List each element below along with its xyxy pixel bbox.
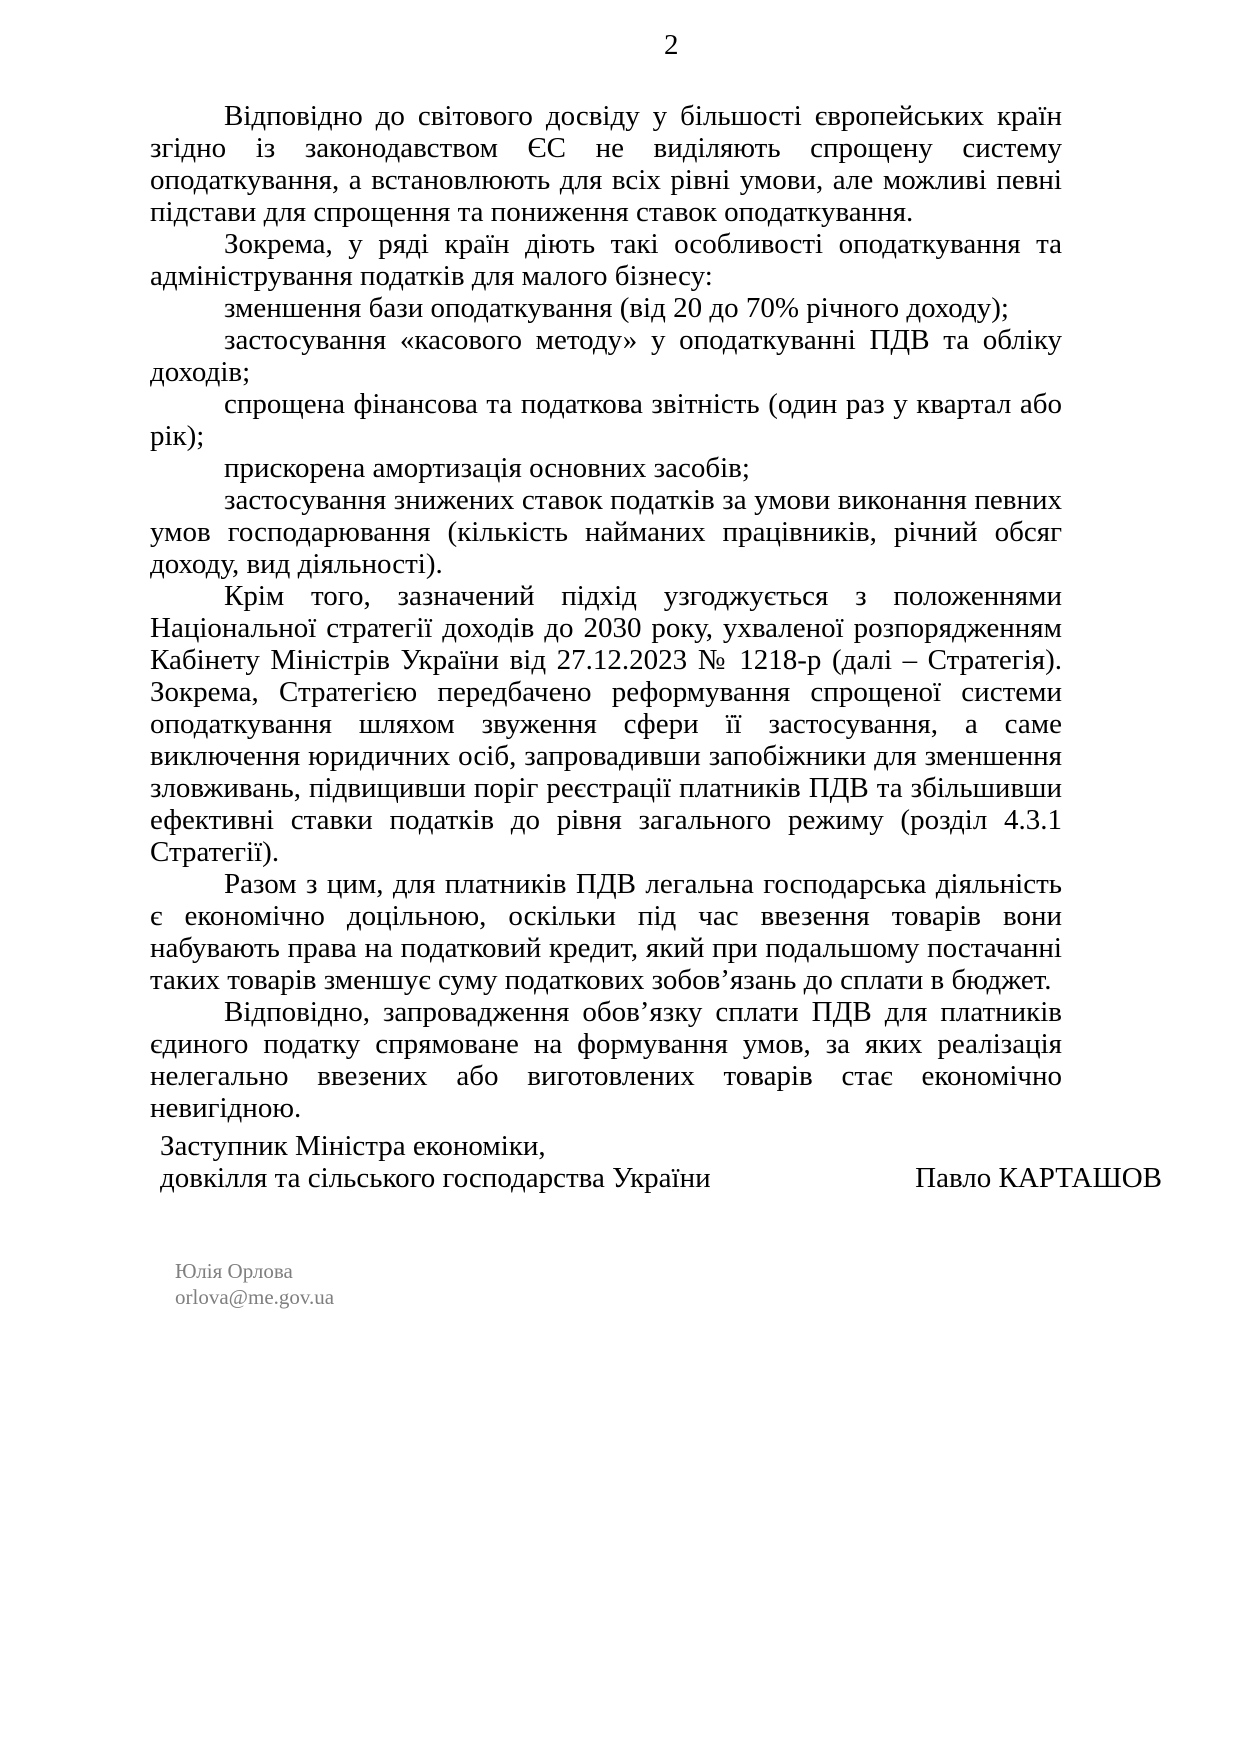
- paragraph: Крім того, зазначений підхід узгоджуєтьс…: [150, 580, 1062, 868]
- executor-name: Юлія Орлова: [175, 1258, 334, 1284]
- list-item: застосування «касового методу» у оподатк…: [150, 324, 1062, 388]
- signatory-title-line2: довкілля та сільського господарства Укра…: [160, 1162, 711, 1194]
- list-item: зменшення бази оподаткування (від 20 до …: [150, 292, 1062, 324]
- paragraph: Відповідно, запровадження обов’язку спла…: [150, 996, 1062, 1124]
- executor-contact: Юлія Орлова orlova@me.gov.ua: [175, 1258, 334, 1310]
- signature-block: Заступник Міністра економіки, довкілля т…: [160, 1130, 1162, 1194]
- signatory-name: Павло КАРТАШОВ: [915, 1162, 1162, 1194]
- signature-row: довкілля та сільського господарства Укра…: [160, 1162, 1162, 1194]
- executor-email: orlova@me.gov.ua: [175, 1284, 334, 1310]
- document-body: Відповідно до світового досвіду у більшо…: [150, 100, 1062, 1124]
- list-item: прискорена амортизація основних засобів;: [150, 452, 1062, 484]
- paragraph: Відповідно до світового досвіду у більшо…: [150, 100, 1062, 228]
- page-number: 2: [664, 29, 679, 61]
- paragraph: Разом з цим, для платників ПДВ легальна …: [150, 868, 1062, 996]
- document-page: 2 Відповідно до світового досвіду у біль…: [0, 0, 1241, 1754]
- paragraph: Зокрема, у ряді країн діють такі особлив…: [150, 228, 1062, 292]
- list-item: спрощена фінансова та податкова звітніст…: [150, 388, 1062, 452]
- signatory-title-line1: Заступник Міністра економіки,: [160, 1130, 1162, 1162]
- list-item: застосування знижених ставок податків за…: [150, 484, 1062, 580]
